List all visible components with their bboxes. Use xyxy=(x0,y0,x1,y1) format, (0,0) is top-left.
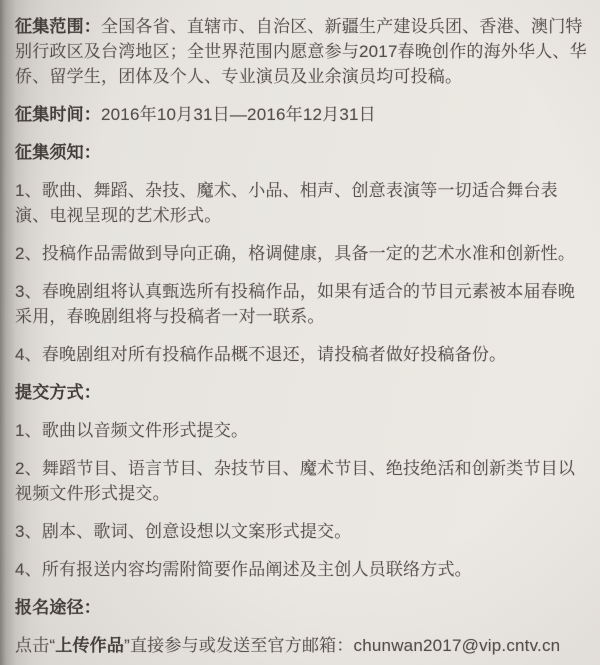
announcement-content: 征集范围：全国各省、直辖市、自治区、新疆生产建设兵团、香港、澳门特别行政区及台湾… xyxy=(0,0,600,658)
notice-item-1: 1、歌曲、舞蹈、杂技、魔术、小品、相声、创意表演等一切适合舞台表演、电视呈现的艺… xyxy=(15,178,588,228)
upload-works-link[interactable]: 上传作品 xyxy=(55,636,124,655)
notice-heading: 征集须知： xyxy=(15,140,588,165)
submission-item-4: 4、所有报送内容均需附简要作品阐述及主创人员联络方式。 xyxy=(15,557,588,582)
collection-time-paragraph: 征集时间：2016年10月31日—2016年12月31日 xyxy=(15,102,588,127)
signup-line-suffix: ”直接参与或发送至官方邮箱： xyxy=(124,636,353,655)
signup-line: 点击“上传作品”直接参与或发送至官方邮箱：chunwan2017@vip.cnt… xyxy=(15,633,588,658)
collection-time-text: 2016年10月31日—2016年12月31日 xyxy=(101,105,376,124)
collection-scope-text: 全国各省、直辖市、自治区、新疆生产建设兵团、香港、澳门特别行政区及台湾地区；全世… xyxy=(15,17,587,86)
submission-heading: 提交方式： xyxy=(15,380,588,405)
collection-time-label: 征集时间： xyxy=(15,105,101,124)
notice-item-4: 4、春晚剧组对所有投稿作品概不退还，请投稿者做好投稿备份。 xyxy=(15,342,588,367)
announcement-page: 征集范围：全国各省、直辖市、自治区、新疆生产建设兵团、香港、澳门特别行政区及台湾… xyxy=(0,0,600,665)
submission-item-1: 1、歌曲以音频文件形式提交。 xyxy=(15,418,588,443)
submission-heading-label: 提交方式： xyxy=(15,383,101,402)
collection-scope-paragraph: 征集范围：全国各省、直辖市、自治区、新疆生产建设兵团、香港、澳门特别行政区及台湾… xyxy=(15,14,588,89)
submission-item-3: 3、剧本、歌词、创意设想以文案形式提交。 xyxy=(15,519,588,544)
notice-item-2: 2、投稿作品需做到导向正确，格调健康，具备一定的艺术水准和创新性。 xyxy=(15,241,588,266)
signup-heading: 报名途径： xyxy=(15,595,588,620)
signup-heading-label: 报名途径： xyxy=(15,598,101,617)
notice-item-3: 3、春晚剧组将认真甄选所有投稿作品，如果有适合的节目元素被本届春晚采用，春晚剧组… xyxy=(15,279,588,329)
notice-heading-label: 征集须知： xyxy=(15,143,101,162)
submission-item-2: 2、舞蹈节目、语言节目、杂技节目、魔术节目、绝技绝活和创新类节目以视频文件形式提… xyxy=(15,456,588,506)
signup-line-prefix: 点击“ xyxy=(15,636,55,655)
collection-scope-label: 征集范围： xyxy=(15,17,101,36)
official-email: chunwan2017@vip.cntv.cn xyxy=(354,636,561,655)
